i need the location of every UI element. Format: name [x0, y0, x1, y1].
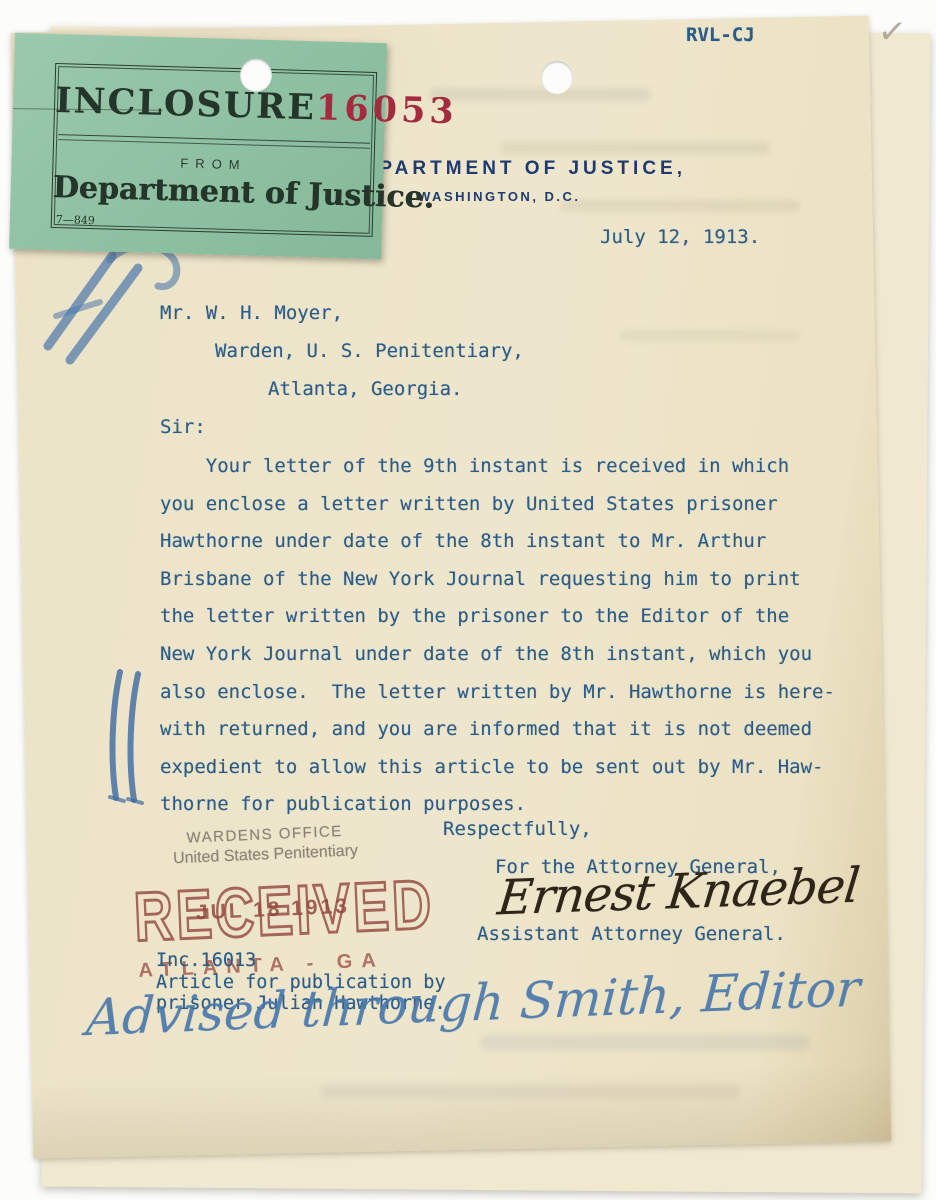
inclosure-label-card: INCLOSURE16053 FROM Department of Justic…	[9, 33, 387, 259]
salutation: Sir:	[160, 416, 206, 438]
label-card-department: Department of Justice.	[52, 170, 373, 214]
letter-body: Your letter of the 9th instant is receiv…	[160, 448, 835, 824]
letterhead-city: WASHINGTON, D.C.	[418, 189, 581, 204]
label-card-frame: INCLOSURE16053 FROM Department of Justic…	[51, 63, 377, 237]
label-card-divider	[58, 134, 370, 149]
signature-ernest-knaebel: Ernest Knaebel	[495, 858, 861, 927]
routing-code: RVL-CJ	[686, 24, 755, 46]
label-card-form-number: 7—849	[56, 213, 95, 227]
inclosure-word: INCLOSURE	[55, 80, 317, 128]
label-card-title: INCLOSURE16053	[55, 80, 376, 130]
margin-scribble	[34, 238, 234, 368]
inclosure-number: 16053	[315, 87, 458, 132]
signer-title: Assistant Attorney General.	[477, 923, 786, 945]
closing-respectfully: Respectfully,	[443, 818, 592, 840]
recipient-city: Atlanta, Georgia.	[268, 378, 462, 400]
margin-emphasis-marks	[102, 664, 154, 806]
pencil-checkmark: ✓	[876, 11, 909, 54]
punch-hole	[541, 61, 573, 94]
letter-date: July 12, 1913.	[600, 226, 760, 248]
recipient-title: Warden, U. S. Penitentiary,	[215, 340, 524, 362]
letterhead-department: DEPARTMENT OF JUSTICE,	[345, 158, 686, 180]
